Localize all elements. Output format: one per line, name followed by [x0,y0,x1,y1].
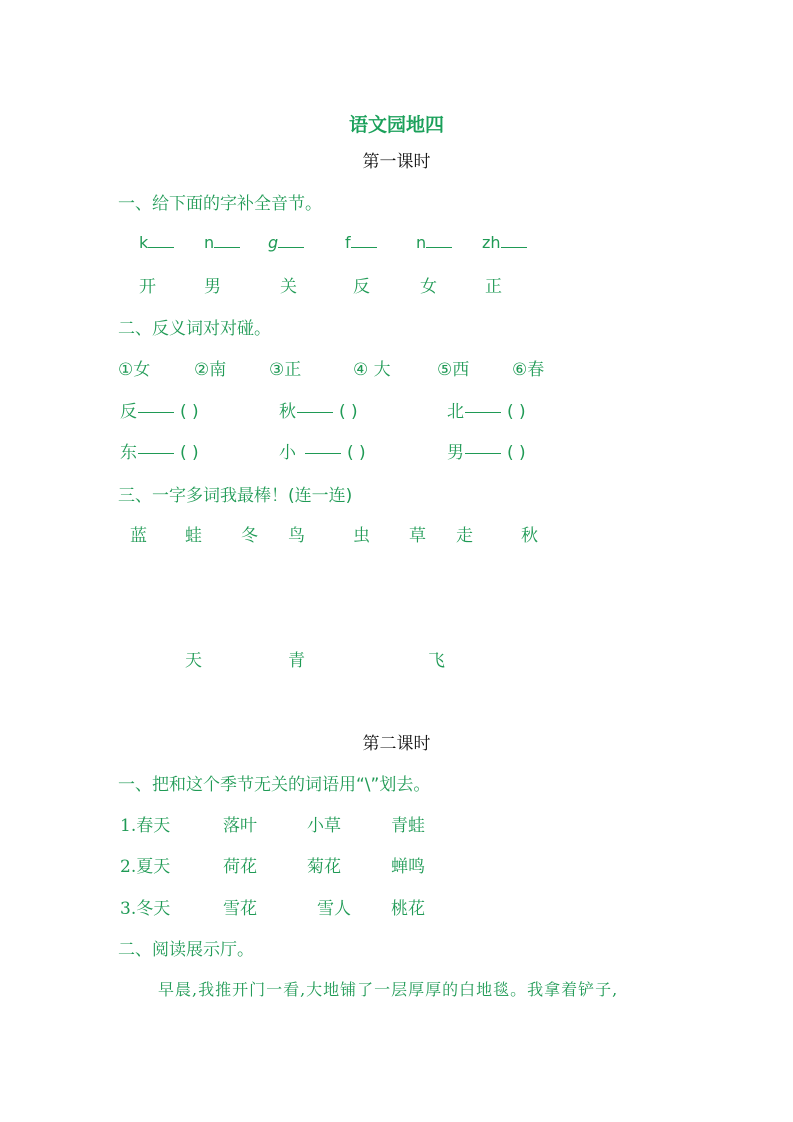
pinyin-blank: f [345,233,377,252]
l1-q1-heading: 一、给下面的字补全音节。 [118,189,322,214]
hanzi: 开 [139,272,156,297]
season-row-3: 3.冬天 [120,894,170,919]
pinyin-initial: g [268,233,278,252]
season-label: 冬天 [136,899,170,919]
antonym-pair: 男( ) [447,438,526,463]
match-char[interactable]: 蓝 [130,521,147,546]
pair-word: 东 [120,443,137,463]
season-word[interactable]: 菊花 [307,852,341,877]
match-char[interactable]: 鸟 [288,521,305,546]
season-word[interactable]: 蝉鸣 [391,852,425,877]
match-char[interactable]: 走 [456,521,473,546]
row-number: 3. [120,899,136,919]
hanzi: 正 [485,272,502,297]
dash-line [138,411,174,413]
pinyin-blank: k [139,233,174,252]
hanzi: 女 [420,272,437,297]
fill-blank[interactable] [148,233,174,248]
season-word[interactable]: 雪花 [223,894,257,919]
match-target[interactable]: 天 [185,646,202,671]
pair-word: 男 [447,443,464,463]
row-number: 2. [120,857,136,877]
hanzi: 男 [204,272,221,297]
match-char[interactable]: 秋 [521,521,538,546]
season-word[interactable]: 小草 [307,811,341,836]
l1-q2-heading: 二、反义词对对碰。 [118,314,271,339]
l2-q2-heading: 二、阅读展示厅。 [118,935,254,960]
antonym-option: ⑤西 [437,355,469,380]
l1-q3-heading: 三、一字多词我最棒！(连一连) [118,481,352,506]
hanzi: 反 [353,272,370,297]
pinyin-initial: zh [482,233,501,252]
pair-word: 小 [279,443,296,463]
season-word[interactable]: 荷花 [223,852,257,877]
match-target[interactable]: 青 [288,646,305,671]
antonym-pair: 小( ) [279,438,366,463]
pinyin-blank: zh [482,233,527,252]
dash-line [465,452,501,454]
season-word[interactable]: 桃花 [391,894,425,919]
season-row-1: 1.春天 [120,811,170,836]
dash-line [297,411,333,413]
match-char[interactable]: 冬 [241,521,258,546]
season-word[interactable]: 青蛙 [391,811,425,836]
fill-blank[interactable] [501,233,527,248]
season-row-2: 2.夏天 [120,852,170,877]
answer-paren[interactable]: ( ) [347,443,366,463]
answer-paren[interactable]: ( ) [180,443,199,463]
hanzi: 关 [280,272,297,297]
pinyin-blank: n [416,233,452,252]
answer-paren[interactable]: ( ) [180,402,199,422]
dash-line [305,452,341,454]
dash-line [138,452,174,454]
pinyin-blank: g [268,233,304,252]
antonym-option: ③正 [269,355,301,380]
answer-paren[interactable]: ( ) [507,402,526,422]
season-label: 春天 [136,816,170,836]
season-word[interactable]: 落叶 [223,811,257,836]
l2-q1-heading: 一、把和这个季节无关的词语用“\”划去。 [118,770,430,795]
dash-line [465,411,501,413]
lesson-2-label: 第二课时 [0,729,793,754]
pair-word: 反 [120,402,137,422]
fill-blank[interactable] [351,233,377,248]
pinyin-initial: n [416,233,426,252]
lesson-1-label: 第一课时 [0,147,793,172]
fill-blank[interactable] [214,233,240,248]
answer-paren[interactable]: ( ) [339,402,358,422]
match-char[interactable]: 蛙 [185,521,202,546]
antonym-option: ②南 [194,355,226,380]
fill-blank[interactable] [426,233,452,248]
antonym-pair: 秋( ) [279,397,358,422]
pinyin-blank: n [204,233,240,252]
antonym-pair: 反( ) [120,397,199,422]
season-word[interactable]: 雪人 [317,894,351,919]
season-label: 夏天 [136,857,170,877]
antonym-pair: 东( ) [120,438,199,463]
pair-word: 北 [447,402,464,422]
antonym-option: ⑥春 [512,355,544,380]
pinyin-initial: k [139,233,148,252]
page-title: 语文园地四 [0,110,793,137]
antonym-option: ①女 [118,355,150,380]
match-char[interactable]: 虫 [353,521,370,546]
match-char[interactable]: 草 [409,521,426,546]
answer-paren[interactable]: ( ) [507,443,526,463]
antonym-pair: 北( ) [447,397,526,422]
pinyin-initial: n [204,233,214,252]
match-target[interactable]: 飞 [428,646,445,671]
fill-blank[interactable] [278,233,304,248]
reading-passage: 早晨,我推开门一看,大地铺了一层厚厚的白地毯。我拿着铲子, [158,977,618,1000]
row-number: 1. [120,816,136,836]
antonym-option: ④ 大 [353,355,391,380]
pair-word: 秋 [279,402,296,422]
